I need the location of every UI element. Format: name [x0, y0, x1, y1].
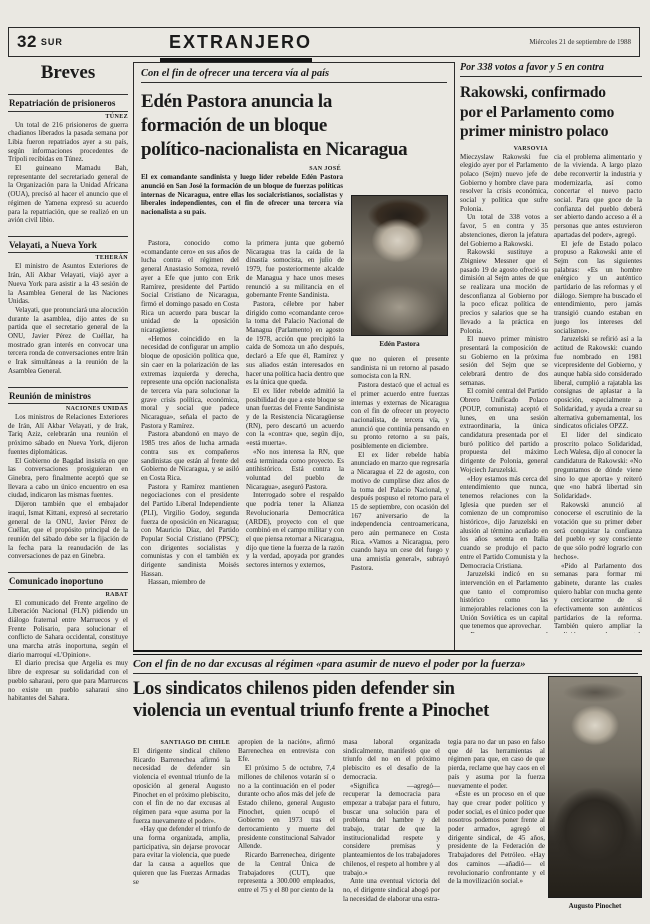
paragraph: «Esperamos que el Gobierno resuelva con …: [460, 631, 548, 632]
paragraph: masa laboral organizada sindicalmente, m…: [343, 738, 440, 782]
paragraph: Jaruzelski indicó en su intervención en …: [460, 570, 548, 631]
kicker: Por 338 votos a favor y 5 en contra: [460, 62, 642, 77]
paragraph: Velayati, que pronunciará una alocución …: [8, 306, 128, 376]
brief-item-reunion: Reunión de ministros NACIONES UNIDAS Los…: [8, 387, 128, 561]
paragraph: Dijeron también que el embajador iraquí,…: [8, 500, 128, 561]
edition-date: Miércoles 21 de septiembre de 1988: [529, 38, 631, 46]
headline-line: político-nacionalista en Nicaragua: [141, 138, 451, 162]
paragraph: Pastora y Ramírez mantienen negociacione…: [141, 483, 239, 579]
paragraph: Pastora, célebre por haber dirigido como…: [246, 300, 344, 387]
dateline: SAN JOSÉ: [141, 166, 341, 172]
paragraph: Un total de 216 prisioneros de guerra ch…: [8, 121, 128, 165]
headline: Rakowski, confirmado por el Parlamento c…: [460, 83, 642, 142]
paragraph: El diario precisa que Argelia es muy lib…: [8, 659, 128, 703]
eden-pastora-photo: [351, 195, 448, 336]
paragraph: Pastora destacó que el actual es el prim…: [351, 381, 449, 451]
paragraph: «Hemos coincidido en la necesidad de con…: [141, 335, 239, 431]
section-label: SUR: [41, 37, 63, 47]
briefs-column: Breves Repatriación de prisioneros TÚNEZ…: [8, 62, 128, 920]
paragraph: «Éste es un proceso en el que hay que cr…: [448, 790, 545, 886]
newspaper-page: 32 SUR EXTRANJERO Miércoles 21 de septie…: [0, 0, 650, 924]
paragraph: El próximo 5 de octubre, 7,4 millones de…: [238, 764, 335, 851]
brief-dateline: TEHERÁN: [8, 255, 128, 261]
body-column: masa laboral organizada sindicalmente, m…: [343, 738, 440, 922]
body-column: cia el problema alimentario y de la vivi…: [554, 153, 642, 633]
body-columns: SANTIAGO DE CHILE El dirigente sindical …: [133, 738, 545, 922]
brief-title: Comunicado inoportuno: [8, 572, 128, 590]
augusto-pinochet-photo: [548, 676, 642, 898]
headline-line: Rakowski, confirmado: [460, 83, 642, 103]
paragraph: Rakowski anunció al conocerse el escruti…: [554, 501, 642, 562]
section-title: EXTRANJERO: [169, 32, 312, 53]
dateline: VARSOVIA: [460, 146, 548, 152]
paragraph: El Gobierno de Bagdad insistía en que la…: [8, 457, 128, 501]
headline-line: violencia un eventual triunfo frente a P…: [133, 700, 547, 722]
paragraph: «Pido al Parlamento dos semanas para for…: [554, 562, 642, 633]
headline-line: formación de un bloque: [141, 114, 451, 138]
photo-caption: Edén Pastora: [351, 340, 448, 348]
headline: Los sindicatos chilenos piden defender s…: [133, 678, 547, 722]
body-column: la primera junta que gobernó Nicaragua t…: [246, 239, 344, 645]
article-pastora: Con el fin de ofrecer una tercera vía al…: [133, 62, 455, 652]
kicker: Con el fin de no dar excusas al régimen …: [133, 658, 638, 674]
paragraph: «Hoy estamos más cerca del entendimiento…: [460, 475, 548, 571]
paragraph: El ministro de Asuntos Exteriores de Irá…: [8, 262, 128, 306]
brief-title: Repatriación de prisioneros: [8, 94, 128, 112]
brief-title: Velayati, a Nueva York: [8, 236, 128, 254]
article-chile: Con el fin de no dar excusas al régimen …: [133, 650, 642, 924]
body-column: Pastora, conocido como «comandante cero»…: [141, 239, 239, 645]
body-column: Mieczyslaw Rakowski fue elegido ayer por…: [460, 153, 548, 633]
dateline: SANTIAGO DE CHILE: [133, 740, 230, 746]
paragraph: apropien de la nación», afirmó Barrenech…: [238, 738, 335, 764]
page-number: 32: [17, 32, 37, 52]
brief-item-repatriacion: Repatriación de prisioneros TÚNEZ Un tot…: [8, 94, 128, 225]
brief-item-velayati: Velayati, a Nueva York TEHERÁN El minist…: [8, 236, 128, 376]
paragraph: El dirigente sindical chileno Ricardo Ba…: [133, 747, 230, 825]
brief-dateline: NACIONES UNIDAS: [8, 406, 128, 412]
paragraph: Los ministros de Relaciones Exteriores d…: [8, 413, 128, 457]
headline-line: primer ministro polaco: [460, 122, 642, 142]
headline-line: Los sindicatos chilenos piden defender s…: [133, 678, 547, 700]
brief-title: Reunión de ministros: [8, 387, 128, 405]
paragraph: El líder del sindicato proscrito polaco …: [554, 431, 642, 501]
lead-paragraph: El ex comandante sandinista y luego líde…: [141, 173, 343, 217]
paragraph: El ex líder rebelde había anunciado en m…: [351, 451, 449, 573]
body-column: que no quieren el presente sandinista ni…: [351, 355, 449, 645]
paragraph: Interrogado sobre el respaldo que podría…: [246, 491, 344, 569]
brief-dateline: RABAT: [8, 592, 128, 598]
paragraph: El guineano Mamadu Bah, representante de…: [8, 164, 128, 225]
paragraph: El comité central del Partido Obrero Uni…: [460, 387, 548, 474]
paragraph: tegia para no dar un paso en falso que d…: [448, 738, 545, 790]
brief-dateline: TÚNEZ: [8, 114, 128, 120]
paragraph: Ante una eventual victoria del no, el di…: [343, 877, 440, 903]
paragraph: Pastora, conocido como «comandante cero»…: [141, 239, 239, 335]
body-column: apropien de la nación», afirmó Barrenech…: [238, 738, 335, 922]
paragraph: «Significa —agregó— recuperar la democra…: [343, 782, 440, 878]
paragraph: El ex líder rebelde admitió la posibilid…: [246, 387, 344, 448]
article-rakowski: Por 338 votos a favor y 5 en contra Rako…: [460, 62, 642, 648]
paragraph: que no quieren el presente sandinista ni…: [351, 355, 449, 381]
paragraph: El nuevo primer ministro presentará la c…: [460, 335, 548, 387]
body-column: SANTIAGO DE CHILE El dirigente sindical …: [133, 738, 230, 922]
headline: Edén Pastora anuncia la formación de un …: [141, 90, 451, 162]
paragraph: Hassan, miembro de: [141, 578, 239, 587]
photo-caption: Augusto Pinochet: [548, 902, 642, 910]
paragraph: la primera junta que gobernó Nicaragua t…: [246, 239, 344, 300]
brief-item-comunicado: Comunicado inoportuno RABAT El comunicad…: [8, 572, 128, 703]
paragraph: Un total de 338 votos a favor, 5 en cont…: [460, 213, 548, 248]
page-header: 32 SUR EXTRANJERO Miércoles 21 de septie…: [8, 27, 640, 57]
paragraph: Jaruzelski se refirió así a la actitud d…: [554, 335, 642, 431]
paragraph: El jefe de Estado polaco propuso a Rakow…: [554, 240, 642, 336]
body-columns: Mieczyslaw Rakowski fue elegido ayer por…: [460, 153, 642, 633]
briefs-title: Breves: [8, 62, 128, 84]
paragraph: El comunicado del Frente argelino de Lib…: [8, 599, 128, 660]
paragraph: «No nos interesa la RN, que está termina…: [246, 448, 344, 492]
body-column: tegia para no dar un paso en falso que d…: [448, 738, 545, 922]
headline-line: por el Parlamento como: [460, 103, 642, 123]
paragraph: Mieczyslaw Rakowski fue elegido ayer por…: [460, 153, 548, 214]
paragraph: cia el problema alimentario y de la vivi…: [554, 153, 642, 240]
paragraph: Pastora abandonó en mayo de 1985 tres añ…: [141, 430, 239, 482]
paragraph: Ricardo Barrenechea, dirigente de la Cen…: [238, 851, 335, 895]
paragraph: Rakowski sustituye a Zbigniew Messner qu…: [460, 248, 548, 335]
kicker: Con el fin de ofrecer una tercera vía al…: [141, 68, 447, 83]
paragraph: «Hay que defender el triunfo de una form…: [133, 825, 230, 886]
headline-line: Edén Pastora anuncia la: [141, 90, 451, 114]
section-divider-rule: [133, 650, 642, 655]
